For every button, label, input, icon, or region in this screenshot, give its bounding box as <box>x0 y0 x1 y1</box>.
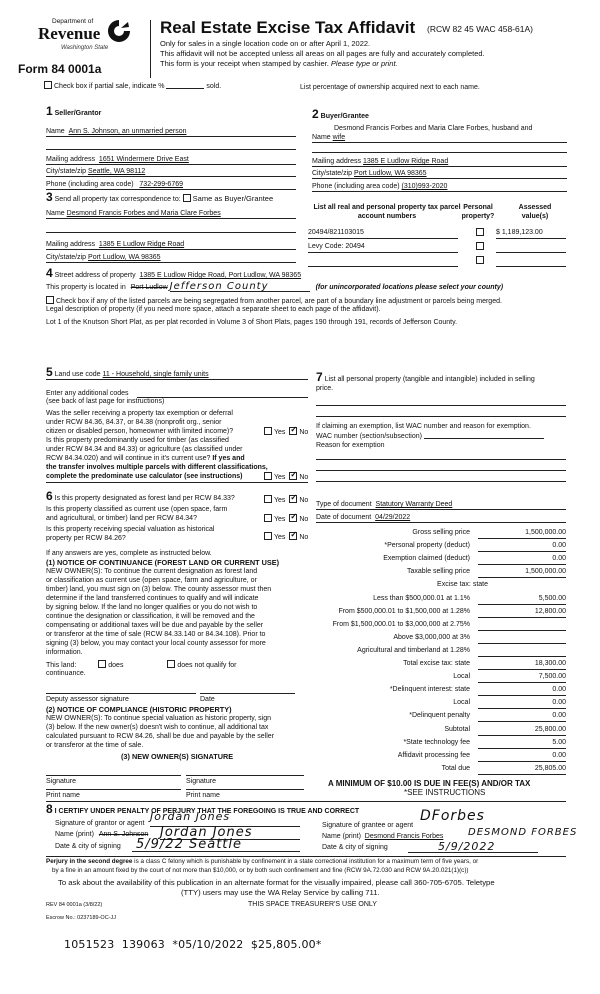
seller-heading-text: Seller/Grantor <box>55 110 102 117</box>
buyer-name-value: wife <box>333 134 345 141</box>
seller-name-field[interactable]: Name Ann S. Johnson, an unmarried person <box>46 127 296 137</box>
perjury-line-1: Perjury in the second degree is a class … <box>46 858 478 866</box>
perjury-bold: Perjury in the second degree <box>46 858 132 865</box>
seller-city-label: City/state/zip <box>46 168 86 175</box>
fee-amount-field[interactable]: 0.00 <box>478 699 566 709</box>
q-exemption-line-2: under RCW 84.36, 84.37, or 84.38 (nonpro… <box>46 418 222 427</box>
q-exemption-answer: Yes No <box>264 427 308 437</box>
this-land-label: This land: <box>46 662 76 669</box>
notice1-line: compensating or additional taxes will be… <box>46 621 271 630</box>
buyer-city-value: Port Ludlow, WA 98365 <box>354 170 427 177</box>
accessibility-line-1: To ask about the availability of this pu… <box>58 878 495 887</box>
q-timber-line-3-text: RCW 84.34.020) and will continue in it's… <box>46 455 210 462</box>
seller-city-field[interactable]: City/state/zip Seattle, WA 98112 <box>46 167 296 177</box>
seller-mailing-field[interactable]: Mailing address 1651 Windermere Drive Ea… <box>46 155 296 165</box>
notice1-body: NEW OWNER(S): To continue the current de… <box>46 567 271 657</box>
fee-amount-field[interactable]: 7,500.00 <box>478 673 566 683</box>
assessed-col-header: Assessed value(s) <box>505 203 565 221</box>
grantor-signature-row: Signature of grantor or agent <box>55 819 145 828</box>
fee-row: Local7,500.00 <box>300 671 600 684</box>
correspondence-name-label: Name <box>46 210 65 217</box>
assessed-value-field[interactable] <box>496 242 566 253</box>
perjury-line-2: by a fine in an amount fixed by the cour… <box>52 867 469 875</box>
fee-row: Exemption claimed (deduct)0.00 <box>300 553 600 566</box>
q-timber-line-3: RCW 84.34.020) and will continue in it's… <box>46 454 245 463</box>
forest-q2-line-2: and agricultural, or timber) land per RC… <box>46 514 197 523</box>
fee-row: From $1,500,000.01 to $3,000,000 at 2.75… <box>300 619 600 632</box>
section-number: 8 <box>46 802 53 816</box>
no-checkbox[interactable] <box>289 514 297 522</box>
fee-amount-field[interactable]: 0.00 <box>478 555 566 565</box>
located-in-label: This property is located in <box>46 284 126 291</box>
personal-property-label-2: price. <box>316 384 333 393</box>
notice1-line: determine if the land transferred contin… <box>46 594 271 603</box>
partial-sale-percent-field[interactable] <box>166 81 204 89</box>
buyer-mailing-label: Mailing address <box>312 158 361 165</box>
fee-amount-field[interactable]: 5.00 <box>478 739 566 749</box>
personal-col-header: Personal property? <box>458 203 498 221</box>
personal-property-label: List all personal property (tangible and… <box>325 376 535 383</box>
yes-checkbox[interactable] <box>264 514 272 522</box>
continuance-label: continuance. <box>46 669 86 678</box>
document-date-label: Date of document <box>316 514 371 521</box>
located-in-note: (for unincorporated locations please sel… <box>316 284 503 291</box>
fee-row: *Delinquent interest: state0.00 <box>300 684 600 697</box>
buyer-phone-label: Phone (including area code) <box>312 183 400 190</box>
street-address-row: 4 Street address of property 1385 E Ludl… <box>46 269 301 280</box>
deputy-signature-field[interactable] <box>46 693 196 694</box>
fee-label: *Delinquent interest: state <box>390 686 470 693</box>
forest-q3-line-1: Is this property receiving special valua… <box>46 525 214 534</box>
notice1-line: by signing below. If the land no longer … <box>46 603 271 612</box>
fee-amount-field[interactable] <box>478 621 566 631</box>
notice2-line: NEW OWNER(S): To continue special valuat… <box>46 714 274 723</box>
notice2-line: calculated pursuant to RCW 84.26, shall … <box>46 732 274 741</box>
fee-label: From $500,000.01 to $1,500,000 at 1.28% <box>338 608 470 615</box>
see-instructions: *SEE INSTRUCTIONS <box>404 788 485 797</box>
grantor-date-label: Date & city of signing <box>55 842 121 851</box>
forest-q1-answer: Yes No <box>264 495 308 505</box>
no-checkbox[interactable] <box>289 495 297 503</box>
document-date-row: Date of document 04/29/2022 <box>316 513 566 523</box>
buyer-phone-value: (310)993-2020 <box>402 183 448 190</box>
located-in-row: This property is located in Port Ludlow … <box>46 282 503 292</box>
header-divider <box>150 20 151 78</box>
document-date-value[interactable]: 04/29/2022 <box>375 514 410 521</box>
ownership-note: List percentage of ownership acquired ne… <box>300 83 480 92</box>
correspondence-city-label: City/state/zip <box>46 254 86 261</box>
personal-property-heading: 7 List all personal property (tangible a… <box>316 373 535 384</box>
fee-amount-field[interactable]: 25,805.00 <box>478 765 566 775</box>
q-timber-answer: Yes No <box>264 472 308 482</box>
section-number: 1 <box>46 104 53 118</box>
does-not-label: does not qualify for <box>177 662 236 669</box>
owner-print-field-2[interactable] <box>186 789 304 790</box>
header-line-2: This affidavit will not be accepted unle… <box>160 49 485 58</box>
minimum-notice: A MINIMUM OF $10.00 IS DUE IN FEE(S) AND… <box>328 779 530 788</box>
document-type-value[interactable]: Statutory Warranty Deed <box>376 501 453 508</box>
located-in-struck-value: Port Ludlow <box>131 284 168 291</box>
owner-signature-field-2[interactable] <box>186 775 304 776</box>
grantee-signature-label: Signature of grantee or agent <box>322 821 413 830</box>
correspondence-name-value: Desmond Francis Forbes and Maria Clare F… <box>67 210 221 217</box>
correspondence-name-line-2 <box>46 232 296 233</box>
wac-number-field[interactable] <box>424 431 544 439</box>
wac-label: WAC number (section/subsection) <box>316 433 422 440</box>
yes-label: Yes <box>274 429 285 436</box>
buyer-heading-text: Buyer/Grantee <box>321 113 369 120</box>
fee-amount-field[interactable]: 5,500.00 <box>478 595 566 605</box>
correspondence-heading: 3 Send all property tax correspondence t… <box>46 193 273 204</box>
fee-label: Gross selling price <box>412 529 470 536</box>
parcel-number-field[interactable]: 20494/821103015 <box>308 228 458 239</box>
fee-amount-field[interactable]: 0.00 <box>478 752 566 762</box>
reason-label: Reason for exemption <box>316 441 384 450</box>
no-checkbox[interactable] <box>289 472 297 480</box>
fee-row: *Personal property (deduct)0.00 <box>300 540 600 553</box>
buyer-city-label: City/state/zip <box>312 170 352 177</box>
form-number: Form 84 0001a <box>18 62 101 76</box>
fee-label: Taxable selling price <box>407 568 470 575</box>
fee-label: From $1,500,000.01 to $3,000,000 at 2.75… <box>333 621 470 628</box>
same-as-buyer-label: Same as Buyer/Grantee <box>193 194 273 203</box>
no-label: No <box>299 497 308 504</box>
owner-signature-label-2: Signature <box>186 777 216 786</box>
no-label: No <box>299 516 308 523</box>
title-citation: (RCW 82 45 WAC 458-61A) <box>427 24 533 34</box>
buyer-mailing-field[interactable]: Mailing address 1385 E Ludlow Ridge Road <box>312 157 567 167</box>
yes-checkbox[interactable] <box>264 532 272 540</box>
forest-q2-answer: Yes No <box>264 514 308 524</box>
grantee-name-value[interactable]: Desmond Francis Forbes <box>365 833 444 840</box>
new-owner-signature-heading: (3) NEW OWNER(S) SIGNATURE <box>121 752 233 761</box>
fee-row: Agricultural and timberland at 1.28% <box>300 645 600 658</box>
wac-row: WAC number (section/subsection) <box>316 431 544 441</box>
q-timber-line-1: Is this property predominantly used for … <box>46 436 229 445</box>
assessed-value-field[interactable]: $ 1,189,123.00 <box>496 228 566 239</box>
parcel-number-field[interactable]: Levy Code: 20494 <box>308 242 458 253</box>
grantor-name-label: Name (print) <box>55 831 94 838</box>
document-type-row: Type of document Statutory Warranty Deed <box>316 500 566 510</box>
fee-label: *State technology fee <box>403 739 470 746</box>
fee-row: *State technology fee5.00 <box>300 737 600 750</box>
notice2-line: (3) below. If the new owner(s) doesn't w… <box>46 723 274 732</box>
section-5-bottom-rule <box>46 482 308 483</box>
q-timber-bold-line-2: complete the predominate use calculator … <box>46 472 242 481</box>
grantor-date-field[interactable]: 5/9/22 Seattle <box>132 838 300 852</box>
yes-label: Yes <box>274 474 285 481</box>
fee-row: Gross selling price1,500,000.00 <box>300 527 600 540</box>
no-label: No <box>299 474 308 481</box>
personal-property-checkbox[interactable] <box>476 256 484 264</box>
forest-instruction: If any answers are yes, complete as inst… <box>46 549 212 558</box>
owner-print-label-1: Print name <box>46 791 80 800</box>
yes-label: Yes <box>274 497 285 504</box>
treasurer-use-label: THIS SPACE TREASURER'S USE ONLY <box>248 900 377 909</box>
grantee-name-handwritten: DESMOND FORBES <box>468 827 577 838</box>
land-use-row: 5 Land use code 11 - Household, single f… <box>46 368 308 380</box>
street-address-value[interactable]: 1385 E Ludlow Ridge Road, Port Ludlow, W… <box>139 272 301 279</box>
forest-q3-line-2: property per RCW 84.26? <box>46 534 126 543</box>
yes-label: Yes <box>274 534 285 541</box>
section-number: 5 <box>46 365 53 379</box>
dor-swirl-icon <box>106 18 132 44</box>
parcel-col-header: List all real and personal property tax … <box>312 203 462 221</box>
correspondence-mailing-value: 1385 E Ludlow Ridge Road <box>99 241 184 248</box>
seller-phone-value: 732-299-6769 <box>139 181 183 188</box>
fee-amount-field[interactable]: 1,500,000.00 <box>478 568 566 578</box>
does-label: does <box>108 662 123 669</box>
document-type-label: Type of document <box>316 501 372 508</box>
personal-property-checkbox[interactable] <box>476 242 484 250</box>
buyer-name-field[interactable]: Name wife <box>312 133 567 143</box>
fee-label: Local <box>453 699 470 706</box>
segregated-checkbox[interactable] <box>46 296 54 304</box>
fee-label: Total excise tax: state <box>403 660 470 667</box>
escrow-number: Escrow No.: 0237189-OC-JJ <box>46 914 116 922</box>
seller-heading: 1 Seller/Grantor <box>46 104 101 118</box>
notice2-body: NEW OWNER(S): To continue special valuat… <box>46 714 274 750</box>
personal-property-field-1[interactable] <box>316 405 566 406</box>
seller-phone-label: Phone (including area code) <box>46 181 134 188</box>
fee-label: Subtotal <box>444 726 470 733</box>
buyer-city-field[interactable]: City/state/zip Port Ludlow, WA 98365 <box>312 169 567 179</box>
personal-property-field-2[interactable] <box>316 416 566 417</box>
seller-city-value: Seattle, WA 98112 <box>88 168 145 175</box>
additional-codes-note: (see back of last page for instructions) <box>46 397 164 406</box>
legal-description-value[interactable]: Lot 1 of the Knutson Short Plat, as per … <box>46 318 457 327</box>
receipt-stamp: 1051523 139063 *05/10/2022 $25,805.00* <box>64 938 322 951</box>
no-checkbox[interactable] <box>289 427 297 435</box>
parcel-row <box>308 256 570 268</box>
grantee-name-label: Name (print) <box>322 833 361 840</box>
parcel-row: 20494/821103015 $ 1,189,123.00 <box>308 228 570 240</box>
fee-row: Affidavit processing fee0.00 <box>300 750 600 763</box>
buyer-heading: 2 Buyer/Grantee <box>312 107 369 121</box>
section-number: 4 <box>46 266 53 280</box>
same-as-buyer-checkbox[interactable] <box>183 194 191 202</box>
section-number: 3 <box>46 190 53 204</box>
header-line-3-text: This form is your receipt when stamped b… <box>160 59 329 68</box>
no-label: No <box>299 429 308 436</box>
section-8-top-rule <box>46 801 566 802</box>
fee-row: Excise tax: state <box>300 579 600 592</box>
reason-field-1[interactable] <box>316 459 566 460</box>
notice1-heading: (1) NOTICE OF CONTINUANCE (FOREST LAND O… <box>46 558 279 567</box>
forest-q2-line-1: Is this property classified as current u… <box>46 505 227 514</box>
correspondence-label: Send all property tax correspondence to: <box>55 196 181 203</box>
page-title: Real Estate Excise Tax Affidavit <box>160 18 415 37</box>
fee-amount-field[interactable]: 0.00 <box>478 686 566 696</box>
perjury-text: is a class C felony which is punishable … <box>132 858 478 865</box>
does-qualify-checkbox[interactable] <box>98 660 106 668</box>
fee-label: *Delinquent penalty <box>409 712 470 719</box>
q-exemption-line-1: Was the seller receiving a property tax … <box>46 409 233 418</box>
owner-print-label-2: Print name <box>186 791 220 800</box>
personal-property-checkbox[interactable] <box>476 228 484 236</box>
fee-label: Total due <box>442 765 470 772</box>
seller-name-value: Ann S. Johnson, an unmarried person <box>69 128 187 135</box>
fee-row: Subtotal25,800.00 <box>300 724 600 737</box>
buyer-phone-field[interactable]: Phone (including area code) (310)993-202… <box>312 182 567 192</box>
fee-label: Excise tax: state <box>437 581 488 588</box>
partial-sale-suffix: sold. <box>206 83 221 90</box>
logo-revenue: Revenue <box>38 25 100 43</box>
owner-print-field-1[interactable] <box>46 789 181 790</box>
deputy-signature-label: Deputy assessor signature <box>46 695 129 704</box>
reason-field-3[interactable] <box>316 481 566 482</box>
yes-label: Yes <box>274 516 285 523</box>
located-in-handwritten-value[interactable]: Jefferson County <box>170 282 310 292</box>
fee-row: Total due25,805.00 <box>300 763 600 776</box>
dor-logo: Department of Revenue Washington State <box>20 14 135 66</box>
correspondence-mailing-field[interactable]: Mailing address 1385 E Ludlow Ridge Road <box>46 240 296 250</box>
grantor-signature-label: Signature of grantor or agent <box>55 820 145 827</box>
parcel-row: Levy Code: 20494 <box>308 242 570 254</box>
logo-state: Washington State <box>61 44 108 52</box>
yes-checkbox[interactable] <box>264 427 272 435</box>
fee-label: Above $3,000,000 at 3% <box>393 634 470 641</box>
parcel-number-field[interactable] <box>308 256 458 267</box>
q-timber-bold-line-1: the transfer involves multiple parcels w… <box>46 463 268 472</box>
header-line-1: Only for sales in a single location code… <box>160 39 370 48</box>
assessed-value-field[interactable] <box>496 256 566 267</box>
correspondence-name-field[interactable]: Name Desmond Francis Forbes and Maria Cl… <box>46 209 296 219</box>
notice2-heading: (2) NOTICE OF COMPLIANCE (HISTORIC PROPE… <box>46 705 232 714</box>
fee-label: Less than $500,000.01 at 1.1% <box>373 595 470 602</box>
segregated-label: Check box if any of the listed parcels a… <box>56 298 502 305</box>
legal-description-label: Legal description of property (if you ne… <box>46 305 381 314</box>
notice1-line: NEW OWNER(S): To continue the current de… <box>46 567 271 576</box>
section-8-bottom-rule <box>46 856 566 857</box>
fee-amount-field[interactable]: 25,800.00 <box>478 726 566 736</box>
yes-checkbox[interactable] <box>264 495 272 503</box>
fee-amount-field[interactable] <box>478 634 566 644</box>
reason-field-2[interactable] <box>316 470 566 471</box>
partial-sale-label: Check box if partial sale, indicate % <box>54 83 165 90</box>
fee-amount-field[interactable]: 1,500,000.00 <box>478 529 566 539</box>
q-timber-bold-a: If yes and <box>212 455 244 462</box>
notice1-line: timber) land, you must sign on (3) below… <box>46 585 271 594</box>
fee-row: From $500,000.01 to $1,500,000 at 1.28%1… <box>300 606 600 619</box>
fee-label: Exemption claimed (deduct) <box>383 555 470 562</box>
fee-label: Affidavit processing fee <box>398 752 470 759</box>
notice1-line: continue the designation or classificati… <box>46 612 271 621</box>
fee-label: Agricultural and timberland at 1.28% <box>357 647 470 654</box>
q-exemption-line-3: citizen or disabled person, homeowner wi… <box>46 427 233 436</box>
street-address-label: Street address of property <box>55 272 136 279</box>
notice2-line: or transferor at the time of sale. <box>46 741 274 750</box>
correspondence-city-field[interactable]: City/state/zip Port Ludlow, WA 98365 <box>46 253 296 263</box>
partial-sale-checkbox[interactable] <box>44 81 52 89</box>
correspondence-city-value: Port Ludlow, WA 98365 <box>88 254 161 261</box>
owner-signature-field-1[interactable] <box>46 775 181 776</box>
fee-amount-field[interactable]: 0.00 <box>478 542 566 552</box>
q-timber-line-2: under RCW 84.34 and 84.33) or agricultur… <box>46 445 243 454</box>
header-line-3-italic: Please type or print. <box>331 59 398 68</box>
yes-checkbox[interactable] <box>264 472 272 480</box>
fee-row: *Delinquent penalty0.00 <box>300 710 600 723</box>
buyer-name-line-2 <box>312 152 567 153</box>
land-use-code-value[interactable]: 11 - Household, single family units <box>103 371 209 378</box>
fee-label: *Personal property (deduct) <box>384 542 470 549</box>
notice1-line: information. <box>46 648 271 657</box>
seller-mailing-value: 1651 Windermere Drive East <box>99 156 189 163</box>
seller-mailing-label: Mailing address <box>46 156 95 163</box>
partial-sale-row: Check box if partial sale, indicate % so… <box>44 81 221 91</box>
buyer-mailing-value: 1385 E Ludlow Ridge Road <box>363 158 448 165</box>
fee-amount-field[interactable] <box>478 647 566 657</box>
grantee-date-label: Date & city of signing <box>322 843 388 852</box>
header-line-3: This form is your receipt when stamped b… <box>160 59 398 68</box>
notice1-line: or transferor at the time of sale (RCW 8… <box>46 630 271 639</box>
correspondence-mailing-label: Mailing address <box>46 241 95 248</box>
grantee-signature-field[interactable]: DForbes <box>420 808 490 828</box>
section-number: 6 <box>46 489 53 503</box>
forest-q1-text: Is this property designated as forest la… <box>55 495 235 502</box>
revision-label: REV 84 0001a (3/8/22) <box>46 901 102 909</box>
buyer-name-line1: Desmond Francis Forbes and Maria Clare F… <box>334 124 532 133</box>
seller-phone-field[interactable]: Phone (including area code) 732-299-6769 <box>46 180 296 190</box>
fee-row: Local0.00 <box>300 697 600 710</box>
section-number: 7 <box>316 370 323 384</box>
fee-amount-field[interactable]: 12,800.00 <box>478 608 566 618</box>
accessibility-line-2: (TTY) users may use the WA Relay Service… <box>181 888 380 897</box>
forest-q1: 6 Is this property designated as forest … <box>46 492 235 503</box>
fee-row: Less than $500,000.01 at 1.1%5,500.00 <box>300 593 600 606</box>
does-not-qualify-checkbox[interactable] <box>167 660 175 668</box>
land-use-label: Land use code <box>55 371 101 378</box>
deputy-date-field[interactable] <box>200 693 295 694</box>
seller-name-label: Name <box>46 128 65 135</box>
no-checkbox[interactable] <box>289 532 297 540</box>
owner-signature-label-1: Signature <box>46 777 76 786</box>
fee-row: Total excise tax: state18,300.00 <box>300 658 600 671</box>
exemption-intro: If claiming an exemption, list WAC numbe… <box>316 422 531 431</box>
buyer-name-label: Name <box>312 134 331 141</box>
fee-amount-field[interactable]: 18,300.00 <box>478 660 566 670</box>
fee-amount-field[interactable]: 0.00 <box>478 712 566 722</box>
fee-row: Taxable selling price1,500,000.00 <box>300 566 600 579</box>
seller-name-line-2 <box>46 149 296 150</box>
deputy-date-label: Date <box>200 695 215 704</box>
fee-row: Above $3,000,000 at 3% <box>300 632 600 645</box>
notice1-line: or classification as current use (open s… <box>46 576 271 585</box>
fee-label: Local <box>453 673 470 680</box>
grantee-date-field[interactable]: 5/9/2022 <box>408 840 538 853</box>
section-number: 2 <box>312 107 319 121</box>
notice1-line: signing (3) below, you may contact your … <box>46 639 271 648</box>
